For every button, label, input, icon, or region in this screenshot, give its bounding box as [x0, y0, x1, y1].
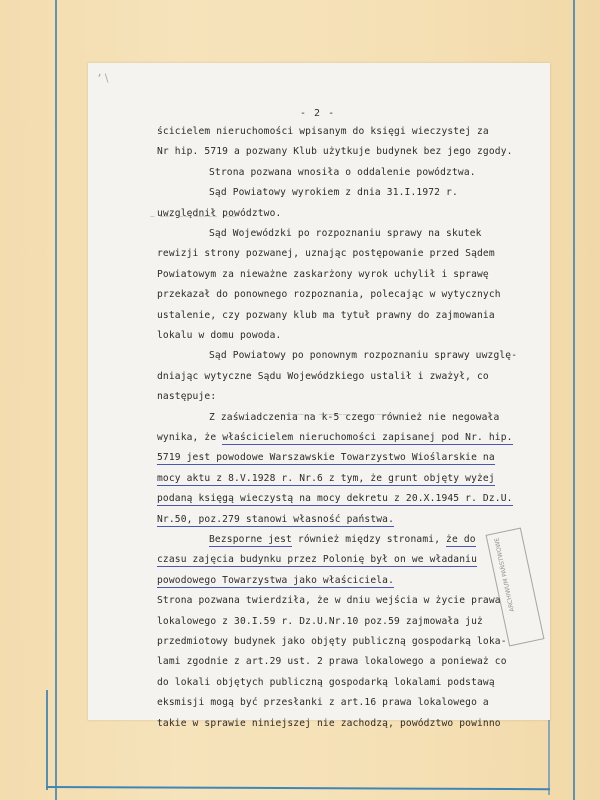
binder-rule-right	[573, 0, 575, 800]
text-line: Bezsporne jest również między stronami, …	[209, 534, 476, 545]
text-line: Z zaświadczenia na k-5 czego również nie…	[209, 412, 499, 423]
text-line: Sąd Wojewódzki po rozpoznaniu sprawy na …	[209, 228, 482, 239]
text-line: czasu zajęcia budynku przez Polonię był …	[157, 554, 477, 565]
text-line: lokalu w domu powoda.	[157, 330, 281, 341]
underlined-text: mocy aktu z 8.V.1928 r. Nr.6 z tym, że g…	[157, 473, 495, 486]
frame-line-left	[46, 690, 48, 790]
page-number: - 2 -	[300, 108, 335, 119]
binder-rule-left	[55, 0, 57, 800]
underlined-text: Bezsporne jest	[209, 534, 292, 547]
text-line: Sąd Powiatowy wyrokiem z dnia 31.I.1972 …	[209, 187, 458, 198]
text-line: rewizji strony pozwanej, uznając postępo…	[157, 248, 495, 259]
text-line: 5719 jest powodowe Warszawskie Towarzyst…	[157, 452, 495, 463]
underlined-text: powodowego Towarzystwa jako właściciela.	[157, 575, 394, 588]
text-line: Powiatowym za nieważne zaskarżony wyrok …	[157, 269, 489, 280]
frame-line-bottom	[46, 786, 550, 790]
text-line: dniając wytyczne Sądu Wojewódzkiego usta…	[157, 371, 489, 382]
underlined-text: że do	[446, 534, 476, 547]
text-line: Strona pozwana wnosiła o oddalenie powód…	[209, 167, 476, 178]
underlined-text: 5719 jest powodowe Warszawskie Towarzyst…	[157, 452, 495, 465]
text-line: lokalowego z 30.I.59 r. Dz.U.Nr.10 poz.5…	[157, 616, 483, 627]
text-line: następuje:	[157, 391, 216, 402]
underlined-text: podaną księgą wieczystą na mocy dekretu …	[157, 493, 513, 506]
corner-mark: ʼ∖	[96, 72, 110, 85]
text-line: mocy aktu z 8.V.1928 r. Nr.6 z tym, że g…	[157, 473, 495, 484]
text-line: powodowego Towarzystwa jako właściciela.	[157, 575, 394, 586]
text-line: Sąd Powiatowy po ponownym rozpoznaniu sp…	[209, 350, 517, 361]
text-line: uwzględnił powództwo.	[157, 208, 281, 219]
text-line: podaną księgą wieczystą na mocy dekretu …	[157, 493, 513, 504]
text-line: przedmiotowy budynek jako objęty publicz…	[157, 636, 507, 647]
text-line: przekazał do ponownego rozpoznania, pole…	[157, 289, 501, 300]
text-line: ustalenie, czy pozwany klub ma tytuł pra…	[157, 310, 495, 321]
text-line: Nr.50, poz.279 stanowi własność państwa.	[157, 514, 394, 525]
text-line: Strona pozwana twierdziła, że w dniu wej…	[157, 595, 501, 606]
text-line: takie w sprawie niniejszej nie zachodzą,…	[157, 718, 501, 729]
underlined-text: Nr.50, poz.279 stanowi własność państwa.	[157, 514, 394, 527]
text-line: lami zgodnie z art.29 ust. 2 prawa lokal…	[157, 656, 507, 667]
text-line: ścicielem nieruchomości wpisanym do księ…	[157, 126, 489, 137]
underlined-text: czasu zajęcia budynku przez Polonię był …	[157, 554, 477, 567]
underlined-text: właścicielem nieruchomości zapisanej pod…	[222, 432, 512, 445]
text-line: eksmisji mogą być przesłanki z art.16 pr…	[157, 697, 489, 708]
text-line: do lokali objętych publiczną gospodarką …	[157, 677, 495, 688]
text-line: Nr hip. 5719 a pozwany Klub użytkuje bud…	[157, 146, 513, 157]
text-line: wynika, że właścicielem nieruchomości za…	[157, 432, 513, 443]
